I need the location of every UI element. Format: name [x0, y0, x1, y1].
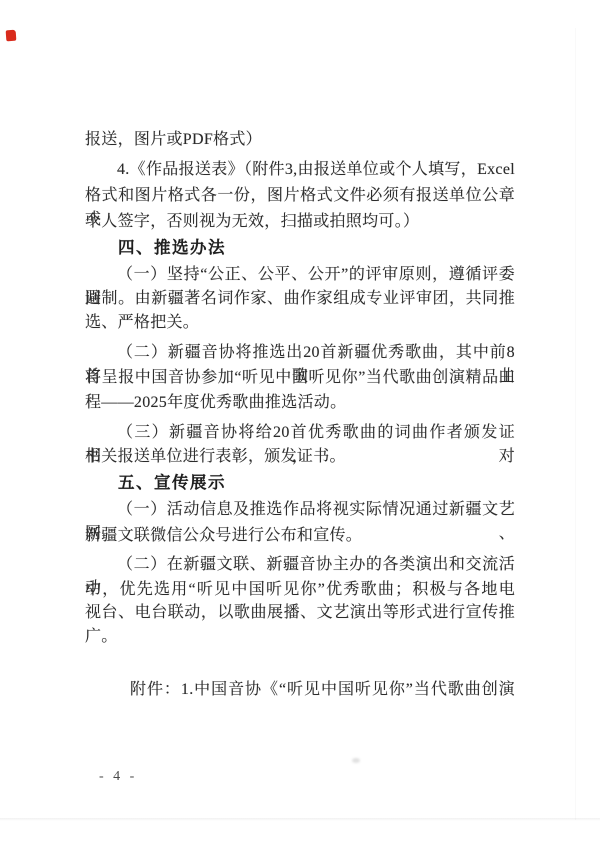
text-line: （二）新疆音协将推选出20首新疆优秀歌曲，其中前8首歌曲 — [85, 341, 515, 365]
text-line: （一）坚持“公正、公平、公开”的评审原则，遵循评委回 — [85, 263, 515, 287]
text-line: （二）在新疆文联、新疆音协主办的各类演出和交流活动 — [85, 553, 515, 577]
text-line: 视台、电台联动，以歌曲展播、文艺演出等形式进行宣传推 — [85, 601, 515, 625]
text-line: 相关报送单位进行表彰，颁发证书。 — [85, 445, 515, 469]
text-line: 选、严格把关。 — [85, 311, 515, 335]
text-line: 程——2025年度优秀歌曲推选活动。 — [85, 391, 515, 415]
page-bottom-edge-shadow — [0, 818, 600, 821]
text-line: 4.《作品报送表》（附件3,由报送单位或个人填写，Excel — [85, 158, 515, 182]
section-heading: 五、宣传展示 — [85, 471, 515, 495]
scanned-document-page: 报送，图片或PDF格式） 4.《作品报送表》（附件3,由报送单位或个人填写，Ex… — [0, 0, 600, 848]
text-line: 避制。由新疆著名词作家、曲作家组成专业评审团，共同推 — [85, 287, 515, 311]
text-line: 将呈报中国音协参加“听见中国听见你”当代歌曲创演精品工 — [85, 366, 515, 390]
text-line: （一）活动信息及推选作品将视实际情况通过新疆文艺网、 — [85, 498, 515, 522]
text-line: 个人签字，否则视为无效，扫描或拍照均可。） — [85, 210, 515, 234]
red-stamp-fragment — [6, 30, 17, 42]
text-line: 报送，图片或PDF格式） — [85, 128, 515, 152]
page-number: - 4 - — [99, 769, 137, 785]
text-line: （三）新疆音协将给20首优秀歌曲的词曲作者颁发证书，对 — [85, 421, 515, 445]
scan-speck-artifact — [352, 758, 360, 763]
attachment-line: 附件：1.中国音协《“听见中国听见你”当代歌曲创演 — [85, 678, 515, 702]
text-line: 格式和图片格式各一份，图片格式文件必须有报送单位公章或 — [85, 184, 515, 208]
page-right-edge-seam — [575, 28, 576, 820]
text-line: 中，优先选用“听见中国听见你”优秀歌曲；积极与各地电 — [85, 578, 515, 602]
section-heading: 四、推选办法 — [85, 236, 515, 260]
text-line: 广。 — [85, 625, 515, 649]
text-line: 新疆文联微信公众号进行公布和宣传。 — [85, 524, 515, 548]
